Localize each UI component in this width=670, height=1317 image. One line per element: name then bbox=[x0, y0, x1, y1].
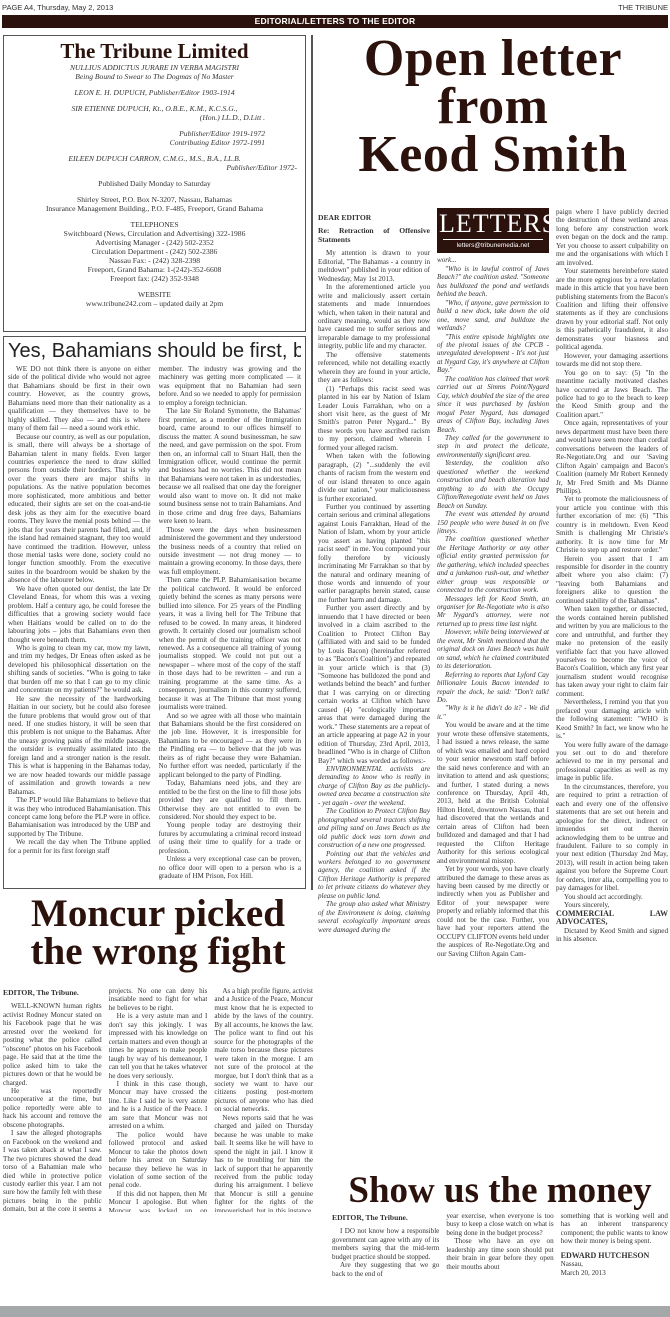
paragraph: In the aforementioned article you write … bbox=[318, 283, 430, 351]
quoted-paragraph: "Why is it he didn't do it? - We did it.… bbox=[437, 704, 549, 721]
editorial-headline: Yes, Bahamians should be first, but... bbox=[8, 339, 301, 363]
quoted-paragraph: ENVIRONMENTAL activists are demanding to… bbox=[318, 765, 430, 807]
paragraph: And so we agree with all those who maint… bbox=[159, 712, 302, 780]
letters-email-link[interactable]: letters@tribunemedia.net bbox=[443, 239, 543, 250]
letters-wordmark: LETTERS bbox=[439, 210, 547, 238]
paragraph: Nevertheless, I remind you that you pref… bbox=[556, 698, 668, 740]
quoted-paragraph: They called for the government to step i… bbox=[437, 434, 549, 459]
paragraph: News reports said that he was charged an… bbox=[214, 1114, 313, 1212]
quoted-paragraph: The coalition questioned whether the Her… bbox=[437, 535, 549, 594]
money-column-3: something that is working well and has a… bbox=[561, 1212, 668, 1302]
column-rule bbox=[311, 35, 313, 890]
paragraph: Because our country, as well as our popu… bbox=[8, 433, 151, 585]
paragraph: I saw the alleged photographs on Faceboo… bbox=[3, 1129, 102, 1212]
paragraph: He saw the necessity of the hardworking … bbox=[8, 695, 151, 796]
website-link[interactable]: www.tribune242.com – updated daily at 2p… bbox=[4, 299, 305, 308]
telephone-line: Freeport fax: (242) 352-9348 bbox=[4, 274, 305, 283]
masthead-line-4b: Publisher/Editor 1972- bbox=[4, 163, 305, 172]
masthead-title: The Tribune Limited bbox=[4, 39, 305, 63]
paragraph: Once again, representatives of your news… bbox=[556, 419, 668, 495]
moncur-column-2: projects. No one can deny his insatiable… bbox=[109, 987, 208, 1212]
paragraph: The offensive statements referenced, whi… bbox=[318, 351, 430, 385]
quoted-paragraph: work... bbox=[437, 256, 549, 264]
quoted-paragraph: "This entire episode highlights one of t… bbox=[437, 333, 549, 375]
paragraph: We recall the day when The Tribune appli… bbox=[8, 838, 151, 855]
paragraph: Further you assert directly and by innue… bbox=[318, 604, 430, 765]
money-column-2: year exercise, when everyone is too busy… bbox=[446, 1212, 553, 1302]
telephone-line: Switchboard (News, Circulation and Adver… bbox=[4, 229, 305, 238]
quoted-paragraph: The group also asked what Ministry of th… bbox=[318, 900, 430, 934]
open-letter-column-2: LETTERS letters@tribunemedia.net work...… bbox=[437, 208, 549, 1153]
paragraph: When taken with the following paragraph,… bbox=[318, 452, 430, 503]
quoted-paragraph: The event was attended by around 150 peo… bbox=[437, 510, 549, 535]
paragraph: Then came the PLP. Bahamianisation becam… bbox=[159, 576, 302, 711]
paragraph: projects. No one can deny his insatiable… bbox=[109, 987, 208, 1012]
motto-latin: NULLIUS ADDICTUS JURARE IN VERBA MAGISTR… bbox=[4, 63, 305, 72]
money-headline: Show us the money bbox=[330, 1172, 670, 1210]
paragraph: Today, Bahamians need jobs, and they are… bbox=[159, 779, 302, 821]
paragraph: You should act accordingly. bbox=[556, 893, 668, 901]
quoted-paragraph: "Who, if anyone, gave permission to buil… bbox=[437, 299, 549, 333]
paragraph: Those were the days when businessmen adm… bbox=[159, 526, 302, 577]
letter-place: Nassau, bbox=[561, 1260, 668, 1268]
paragraph: something that is working well and has a… bbox=[561, 1212, 668, 1246]
quoted-paragraph: The coalition has claimed that work carr… bbox=[437, 375, 549, 434]
masthead-line-4a: EILEEN DUPUCH CARRON, C.M.G., M.S., B.A.… bbox=[4, 154, 305, 163]
salutation: EDITOR, The Tribune. bbox=[332, 1214, 439, 1222]
paragraph: Herein you assert that I am responsible … bbox=[556, 555, 668, 606]
quoted-paragraph: Referring to reports that Lyford Cay bil… bbox=[437, 671, 549, 705]
paragraph: Young people today are destroying their … bbox=[159, 821, 302, 855]
telephone-line: Advertising Manager - (242) 502-2352 bbox=[4, 238, 305, 247]
masthead-box: The Tribune Limited NULLIUS ADDICTUS JUR… bbox=[3, 35, 306, 332]
editorial-column-2: member. The industry was growing and the… bbox=[159, 365, 302, 885]
quoted-paragraph: However, while being interviewed at the … bbox=[437, 628, 549, 670]
quoted-paragraph: Yesterday, the coalition also questioned… bbox=[437, 459, 549, 510]
masthead-line-3a: Publisher/Editor 1919-1972 bbox=[4, 129, 305, 138]
open-letter-column-1: DEAR EDITOR Re: Retraction of Offensive … bbox=[318, 208, 430, 1153]
letter-signature: COMMERCIAL LAW ADVOCATES, bbox=[556, 910, 668, 927]
folio-paper-name: THE TRIBUNE bbox=[618, 3, 668, 13]
money-column-1: EDITOR, The Tribune. I DO not know how a… bbox=[332, 1212, 439, 1302]
address-freeport: Insurance Management Building., P.O. F-4… bbox=[4, 204, 305, 213]
website-heading: WEBSITE bbox=[4, 290, 305, 299]
paragraph: When taken together, or dissected, the w… bbox=[556, 605, 668, 698]
editorial-column-1: WE DO not think there is anyone on eithe… bbox=[8, 365, 151, 885]
headline-line: Moncur picked bbox=[3, 895, 313, 933]
paragraph: We have often quoted our dentist, the la… bbox=[8, 585, 151, 644]
headline-line: from bbox=[318, 83, 668, 131]
quoted-paragraph: "Who is in lawful control of Jaws Beach?… bbox=[437, 265, 549, 299]
quoted-paragraph: Messages left for Keod Smith, an organis… bbox=[437, 595, 549, 629]
paragraph: The late Sir Roland Symonette, the Baham… bbox=[159, 407, 302, 525]
masthead-line-2a: SIR ETIENNE DUPUCH, Kt., O.B.E., K.M., K… bbox=[4, 104, 305, 113]
paragraph: Are they suggesting that we go back to t… bbox=[332, 1261, 439, 1278]
dictated-note: Dictated by Keod Smith and signed in his… bbox=[556, 927, 668, 944]
paragraph: The police would have followed protocol … bbox=[109, 1131, 208, 1190]
footer-bar bbox=[0, 1306, 670, 1317]
masthead-line-2b: (Hon.) LL.D., D.Litt . bbox=[4, 113, 305, 122]
telephone-line: Nassau Fax: - (242) 328-2398 bbox=[4, 256, 305, 265]
paragraph: Those who have an eye on leadership any … bbox=[446, 1237, 553, 1271]
section-header-bar: EDITORIAL/LETTERS TO THE EDITOR bbox=[2, 15, 668, 28]
paragraph: The PLP would like Bahamians to believe … bbox=[8, 796, 151, 838]
open-letter-body: DEAR EDITOR Re: Retraction of Offensive … bbox=[318, 208, 668, 1153]
paragraph: Who is going to clean my car, mow my law… bbox=[8, 644, 151, 695]
paragraph: member. The industry was growing and the… bbox=[159, 365, 302, 407]
paragraph: He is a very astute man and I don't say … bbox=[109, 1012, 208, 1080]
motto-english: Being Bound to Swear to The Dogmas of No… bbox=[4, 72, 305, 81]
paragraph: I think in this case though, Moncur may … bbox=[109, 1080, 208, 1131]
paragraph: You were fully aware of the damage you s… bbox=[556, 741, 668, 783]
quoted-paragraph: Pointing out that the vehicles and worke… bbox=[318, 850, 430, 901]
folio-date: PAGE A4, Thursday, May 2, 2013 bbox=[2, 3, 113, 13]
masthead-line-1: LEON E. H. DUPUCH, Publisher/Editor 1903… bbox=[4, 88, 305, 97]
salutation: DEAR EDITOR bbox=[318, 214, 430, 222]
telephones-heading: TELEPHONES bbox=[4, 220, 305, 229]
masthead-line-3b: Contributing Editor 1972-1991 bbox=[4, 138, 305, 147]
paragraph: Further you continued by asserting certa… bbox=[318, 503, 430, 604]
paragraph: paign where I have publicly decried the … bbox=[556, 208, 668, 267]
paragraph: You would be aware and at the time your … bbox=[437, 721, 549, 865]
open-letter-headline: Open letter from Keod Smith bbox=[318, 35, 668, 179]
quoted-paragraph: The Coalition to Protect Clifton Bay pho… bbox=[318, 807, 430, 849]
telephone-line: Freeport, Grand Bahama: 1-(242)-352-6608 bbox=[4, 265, 305, 274]
headline-line: Show us the money bbox=[330, 1172, 670, 1210]
moncur-letter-body: EDITOR, The Tribune. WELL-KNOWN human ri… bbox=[3, 987, 313, 1212]
subject-line: Re: Retraction of Offensive Statments bbox=[318, 227, 430, 244]
money-letter-body: EDITOR, The Tribune. I DO not know how a… bbox=[332, 1212, 668, 1302]
paragraph: (1) "Perhaps this racist seed was plante… bbox=[318, 385, 430, 453]
paragraph: Yet to promote the maliciousness of your… bbox=[556, 495, 668, 554]
paragraph: My attention is drawn to your Editorial,… bbox=[318, 249, 430, 283]
paragraph: Your statements hereinbefore stated are … bbox=[556, 267, 668, 352]
moncur-column-3: As a high profile figure, activist and a… bbox=[214, 987, 313, 1212]
headline-line: Open letter bbox=[318, 35, 668, 83]
paragraph: Yet by your words, you have clearly attr… bbox=[437, 865, 549, 958]
moncur-headline: Moncur picked the wrong fight bbox=[3, 895, 313, 971]
letters-logo: LETTERS letters@tribunemedia.net bbox=[437, 208, 549, 253]
headline-line: the wrong fight bbox=[3, 933, 313, 971]
open-letter-column-3: paign where I have publicly decried the … bbox=[556, 208, 668, 1153]
page-folio: PAGE A4, Thursday, May 2, 2013 THE TRIBU… bbox=[2, 3, 668, 13]
salutation: EDITOR, The Tribune. bbox=[3, 989, 102, 997]
paragraph: In the circumstances, therefore, you are… bbox=[556, 783, 668, 893]
paragraph: If this did not happen, then Mr Moncur I… bbox=[109, 1190, 208, 1212]
paragraph: You go on to say: (5) "In the meantime r… bbox=[556, 369, 668, 420]
paragraph: He was reportedly uncooperative at the t… bbox=[3, 1087, 102, 1129]
paragraph: Unless a very exceptional case can be pr… bbox=[159, 855, 302, 880]
paragraph: As a high profile figure, activist and a… bbox=[214, 987, 313, 1114]
paragraph: WE DO not think there is anyone on eithe… bbox=[8, 365, 151, 433]
paragraph: However, your damaging assertions toward… bbox=[556, 352, 668, 369]
paragraph: I DO not know how a responsible governme… bbox=[332, 1227, 439, 1261]
letter-date: March 20, 2013 bbox=[561, 1269, 668, 1277]
paragraph: WELL-KNOWN human rights activist Rodney … bbox=[3, 1002, 102, 1087]
moncur-column-1: EDITOR, The Tribune. WELL-KNOWN human ri… bbox=[3, 987, 102, 1212]
telephone-line: Circulation Department - (242) 502-2386 bbox=[4, 247, 305, 256]
paragraph: year exercise, when everyone is too busy… bbox=[446, 1212, 553, 1237]
headline-line: Keod Smith bbox=[318, 131, 668, 179]
editorial-article: Yes, Bahamians should be first, but... W… bbox=[3, 336, 306, 889]
published-schedule: Published Daily Monday to Saturday bbox=[4, 179, 305, 188]
address-nassau: Shirley Street, P.O. Box N-3207, Nassau,… bbox=[4, 195, 305, 204]
letter-signature: EDWARD HUTCHESON bbox=[561, 1252, 668, 1260]
